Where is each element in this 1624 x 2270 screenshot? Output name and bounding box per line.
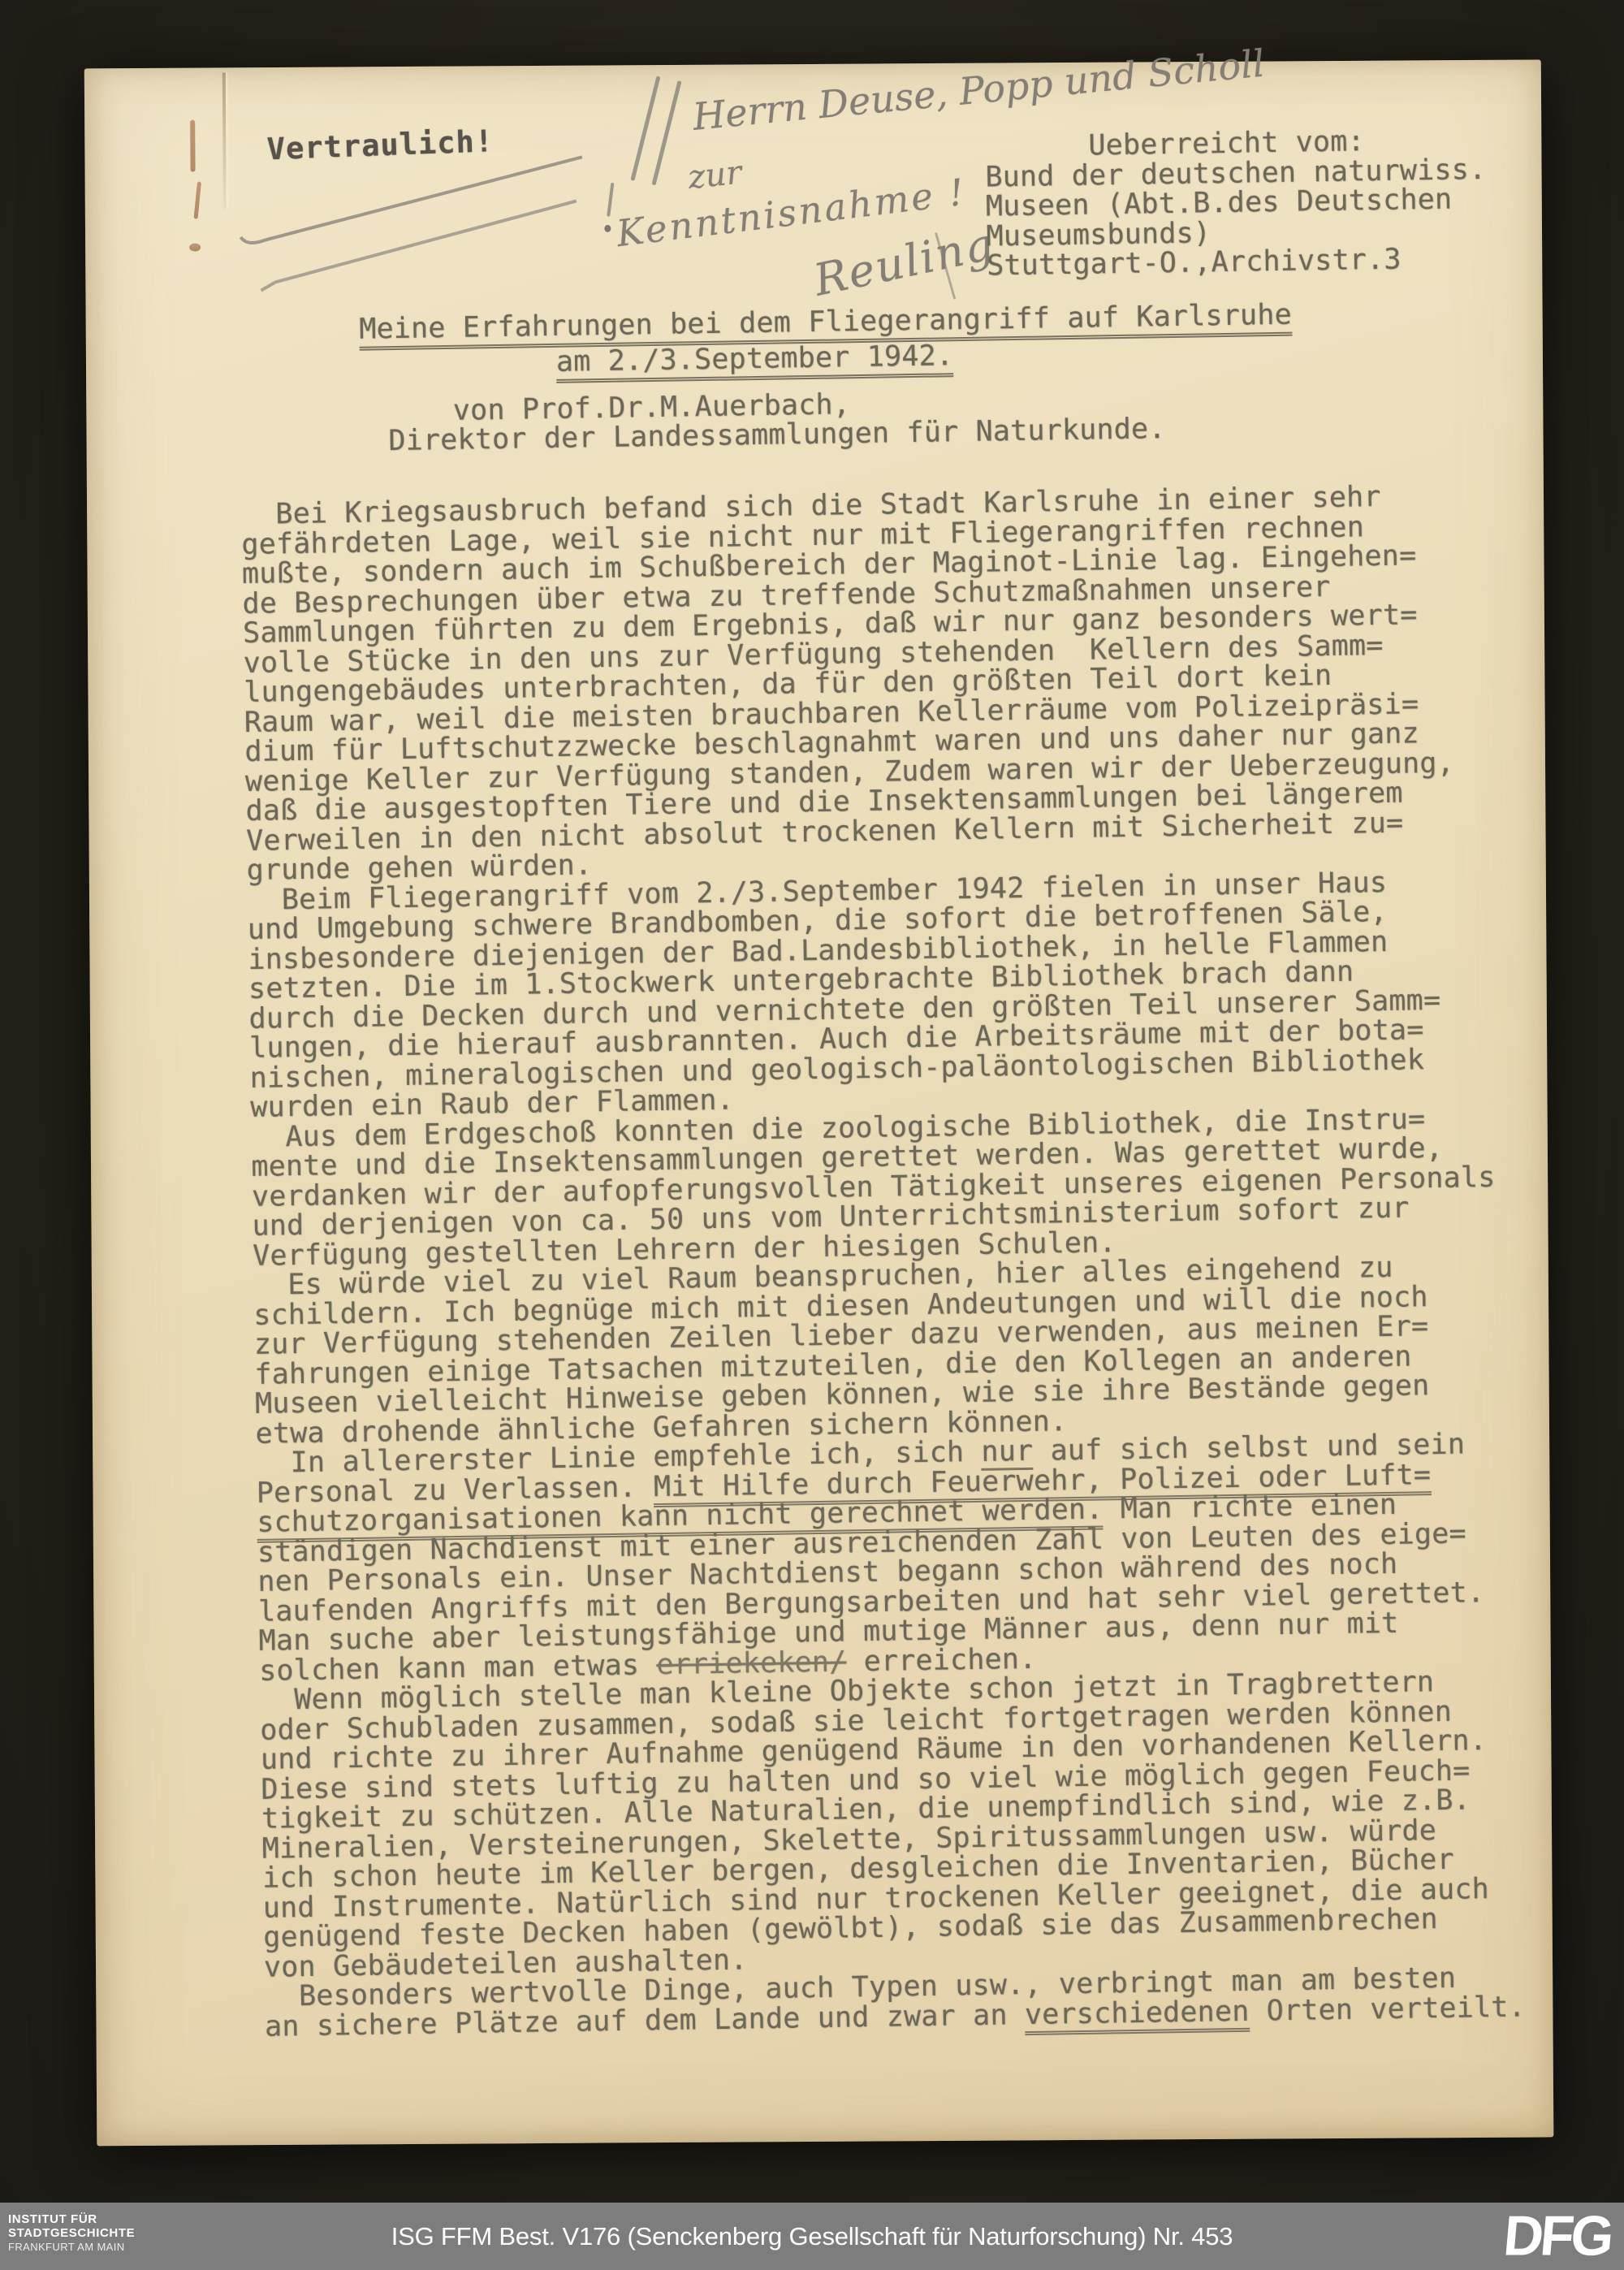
institute-line2: STADTGESCHICHTE xyxy=(8,2226,135,2240)
archive-footer: INSTITUT FÜR STADTGESCHICHTE FRANKFURT A… xyxy=(0,2203,1624,2270)
page-content: Vertraulich! Herrn Deuse, Popp und Schol… xyxy=(84,46,1573,2147)
typewritten-line: Museen (Abt.B.des Deutschen xyxy=(986,184,1487,222)
paragraph: Wenn möglich stelle man kleine Objekte s… xyxy=(259,1666,1563,1982)
paragraph: Beim Fliegerangriff vom 2./3.September 1… xyxy=(247,865,1549,1122)
paragraph: Bei Kriegsausbruch befand sich die Stadt… xyxy=(241,480,1546,886)
paragraph: Aus dem Erdgeschoß konnten die zoologisc… xyxy=(251,1102,1553,1271)
institute-logo: INSTITUT FÜR STADTGESCHICHTE FRANKFURT A… xyxy=(8,2212,135,2254)
institute-line1: INSTITUT FÜR xyxy=(8,2212,135,2226)
pencil-line xyxy=(260,201,578,290)
document-body: Bei Kriegsausbruch befand sich die Stadt… xyxy=(241,480,1565,2042)
institute-line3: FRANKFURT AM MAIN xyxy=(8,2240,135,2254)
presented-by-block: Ueberreicht vom:Bund der deutschen natur… xyxy=(985,125,1488,281)
scan-background: Vertraulich! Herrn Deuse, Popp und Schol… xyxy=(0,0,1624,2270)
exclamation-dot-icon xyxy=(604,225,611,232)
paragraph: Es würde viel zu viel Raum beanspruchen,… xyxy=(253,1251,1554,1449)
pencil-line xyxy=(240,157,584,243)
paragraph: In allererster Linie empfehle ich, sich … xyxy=(256,1429,1558,1686)
archive-caption: ISG FFM Best. V176 (Senckenberg Gesellsc… xyxy=(162,2222,1462,2251)
document-title-line2: am 2./3.September 1942. xyxy=(556,341,954,383)
handwritten-zur: zur xyxy=(686,154,743,197)
document-page: Vertraulich! Herrn Deuse, Popp und Schol… xyxy=(84,59,1554,2146)
dfg-logo: DFG xyxy=(1501,2203,1614,2268)
